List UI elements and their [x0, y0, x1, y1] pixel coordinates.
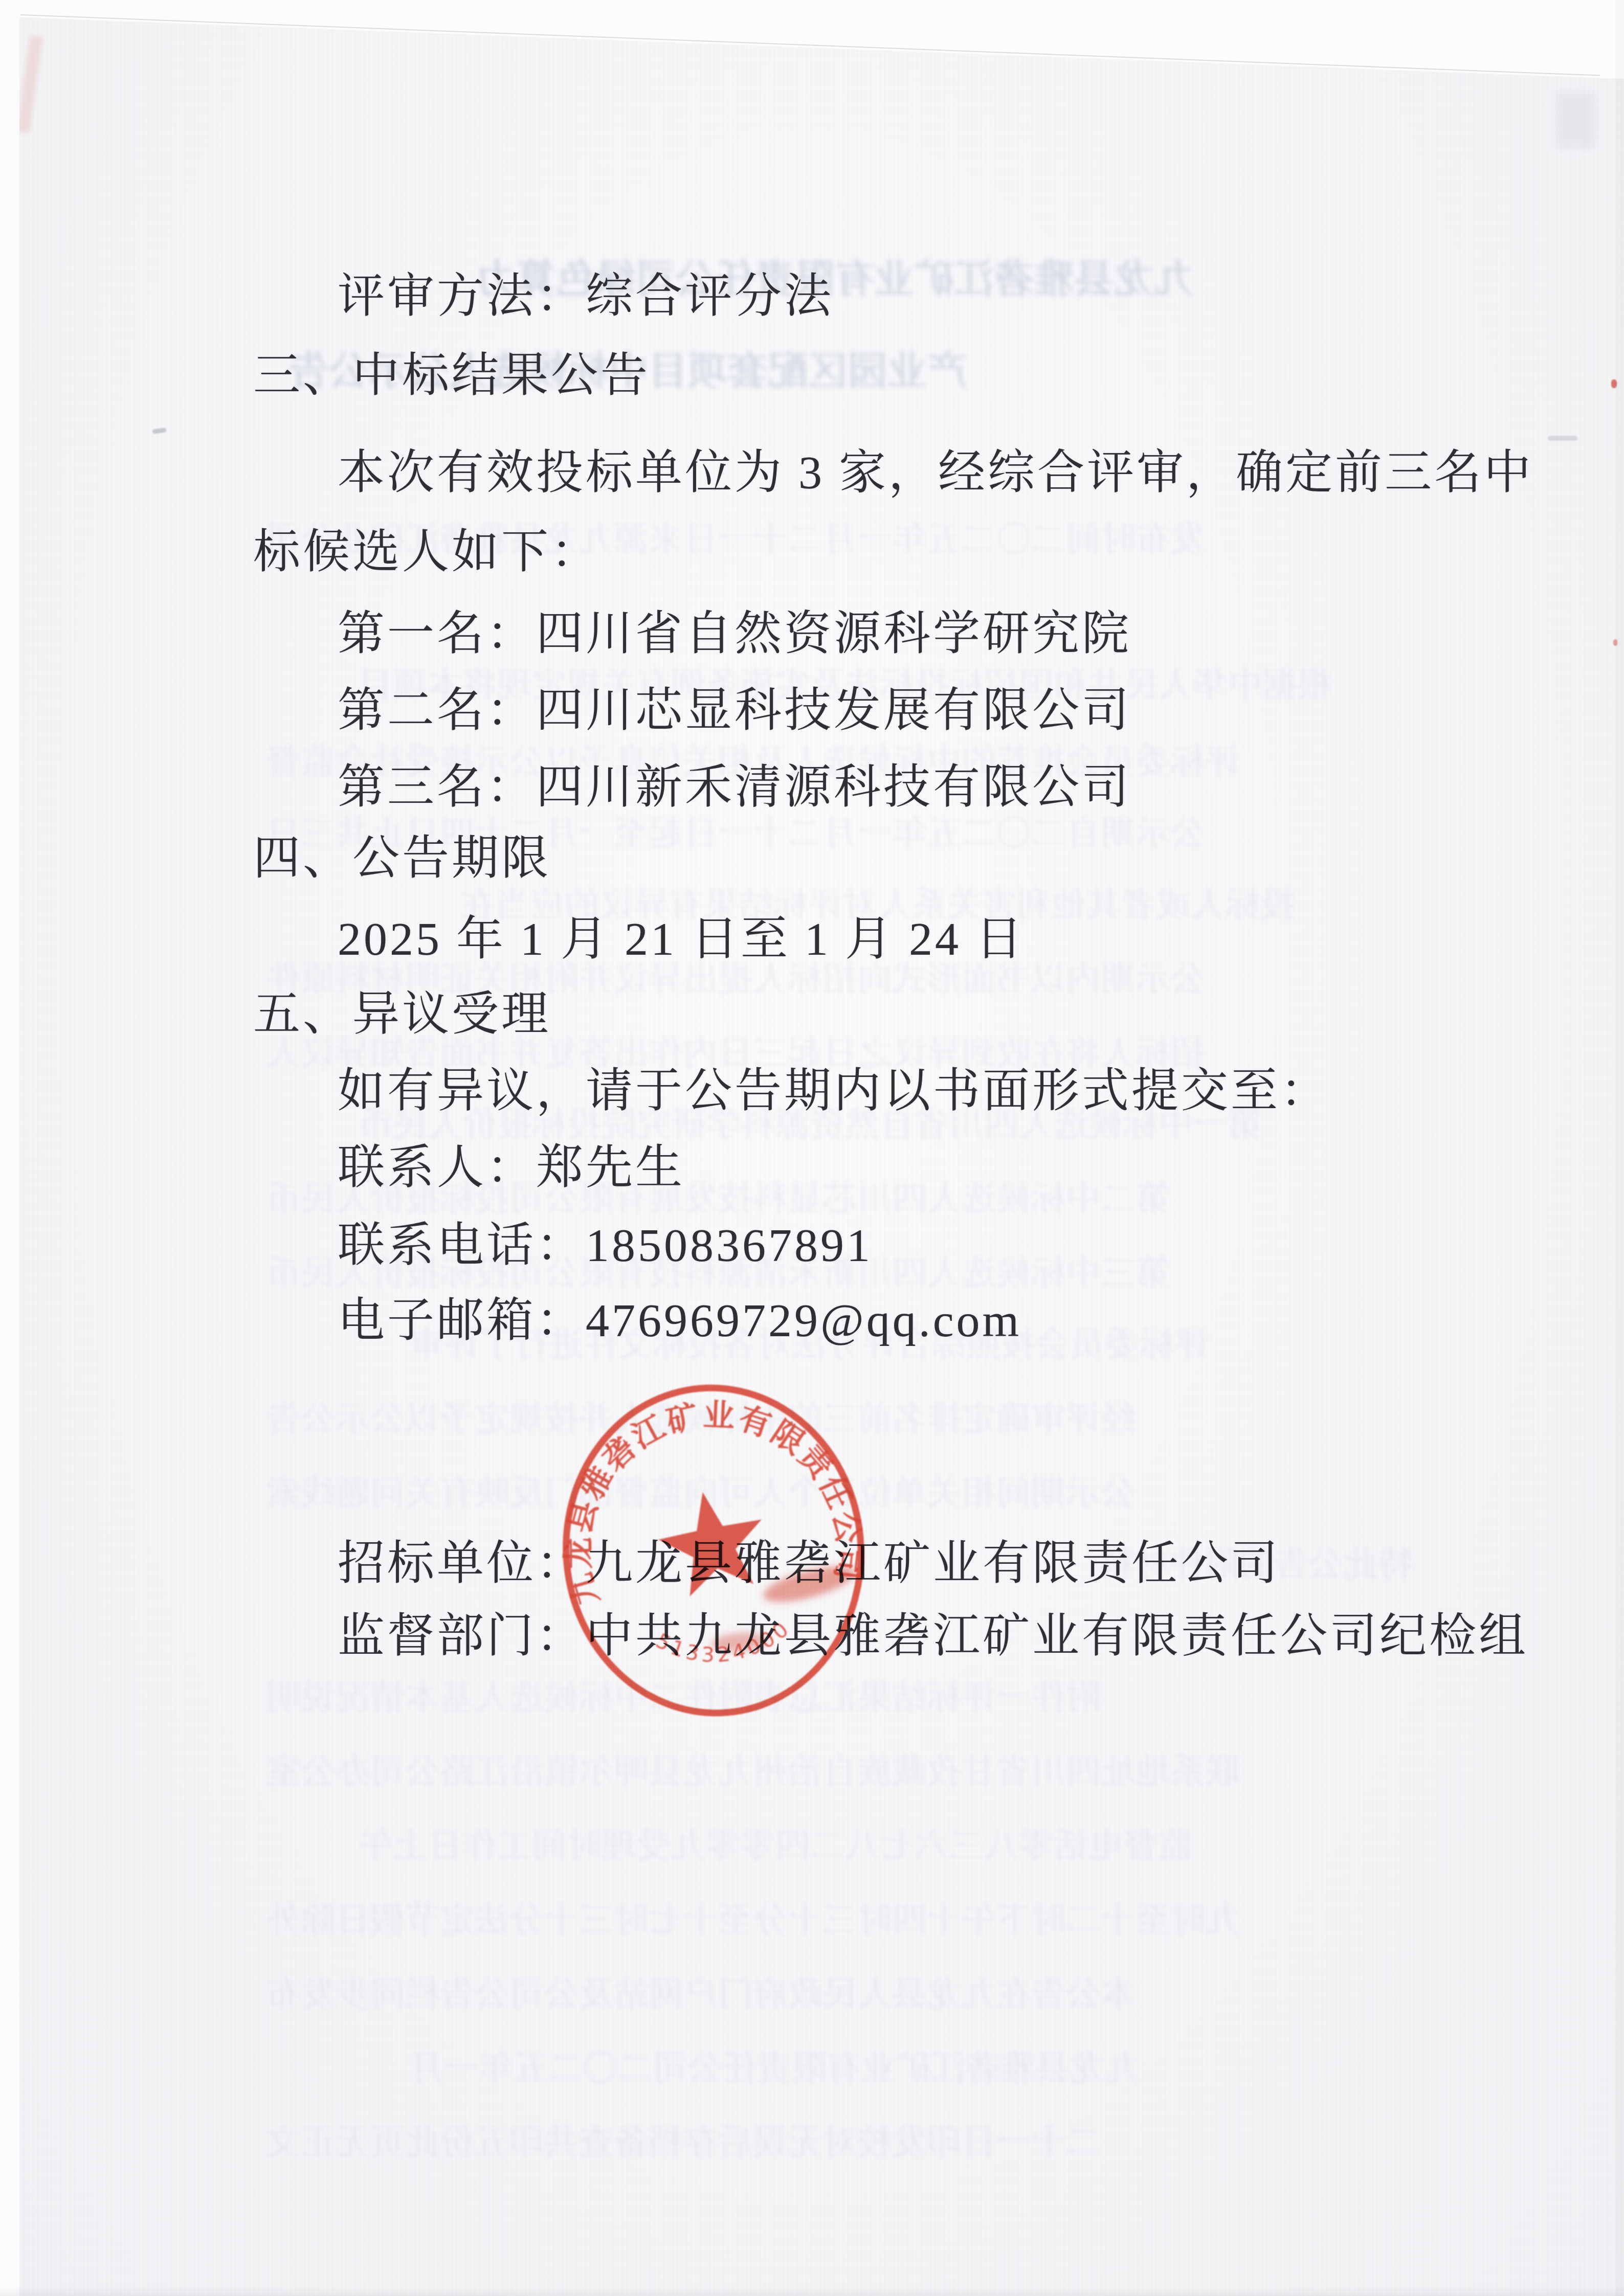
line-rank-2: 第二名：四川芯显科技发展有限公司 — [338, 685, 1131, 736]
paper-noise-texture — [0, 0, 1624, 2296]
line-contact-email: 电子邮箱：476969729@qq.com — [338, 1295, 1021, 1346]
page-left-edge-strip — [0, 0, 19, 2296]
bleed-through-line: 九时至十二时下午十四时三十分至十七时三十分法定节假日除外 — [266, 1903, 1240, 1938]
line-contact-person: 联系人：郑先生 — [338, 1142, 685, 1194]
line-announcement-period: 2025 年 1 月 21 日至 1 月 24 日 — [338, 913, 1025, 965]
scanned-document-page: { "page": { "type": "scanned-announcemen… — [0, 0, 1624, 2296]
bleed-through-line: 联系地址四川省甘孜藏族自治州九龙县呷尔镇沿江路公司办公室 — [266, 1754, 1240, 1789]
line-bidders-2: 标候选人如下： — [253, 526, 600, 578]
line-rank-1: 第一名：四川省自然资源科学研究院 — [338, 608, 1131, 660]
bleed-through-layer: 九龙县雅砻江矿业有限责任公司绿色算力产业园区配套项目中标候选人公示公告发布时间二… — [0, 0, 1624, 2296]
gray-speck-artifact — [152, 427, 167, 434]
seal-star-icon — [655, 1487, 768, 1599]
line-supervision-dept: 监督部门：中共九龙县雅砻江矿业有限责任公司纪检组 — [338, 1610, 1528, 1662]
heading-section-4: 四、公告期限 — [253, 832, 551, 884]
scan-right-shadow — [1616, 0, 1624, 2296]
line-bidders-1: 本次有效投标单位为 3 家，经综合评审，确定前三名中 — [338, 447, 1533, 499]
bleed-through-line: 九龙县雅砻江矿业有限责任公司二〇二五年一月 — [409, 2051, 1140, 2086]
scanner-background-strip — [0, 0, 1624, 82]
heading-section-3: 三、中标结果公告 — [253, 350, 650, 401]
line-contact-phone: 联系电话：18508367891 — [338, 1220, 873, 1271]
line-review-method: 评审方法：综合评分法 — [338, 271, 834, 322]
pink-ink-streak-artifact — [16, 35, 43, 133]
bleed-through-line: 本公告在九龙县人民政府门户网站及公司公告栏同步发布 — [266, 1977, 1136, 2012]
gray-speck-artifact — [1548, 436, 1577, 441]
gray-smudge-artifact — [1555, 92, 1596, 148]
heading-section-5: 五、异议受理 — [253, 988, 551, 1040]
line-objection: 如有异议，请于公告期内以书面形式提交至： — [338, 1065, 1330, 1117]
scan-bottom-shadow — [0, 2286, 1624, 2296]
line-rank-3: 第三名：四川新禾清源科技有限公司 — [338, 761, 1131, 813]
company-seal: 九龙县雅砻江矿业有限责任公司 5133240002 — [546, 1369, 881, 1732]
bleed-through-line: 二十一日印发校对无误后存档备查共印五份此页无正文 — [266, 2125, 1101, 2160]
bleed-through-line: 监督电话零八三六七八二四零零九受理时间工作日上午 — [358, 1829, 1193, 1863]
